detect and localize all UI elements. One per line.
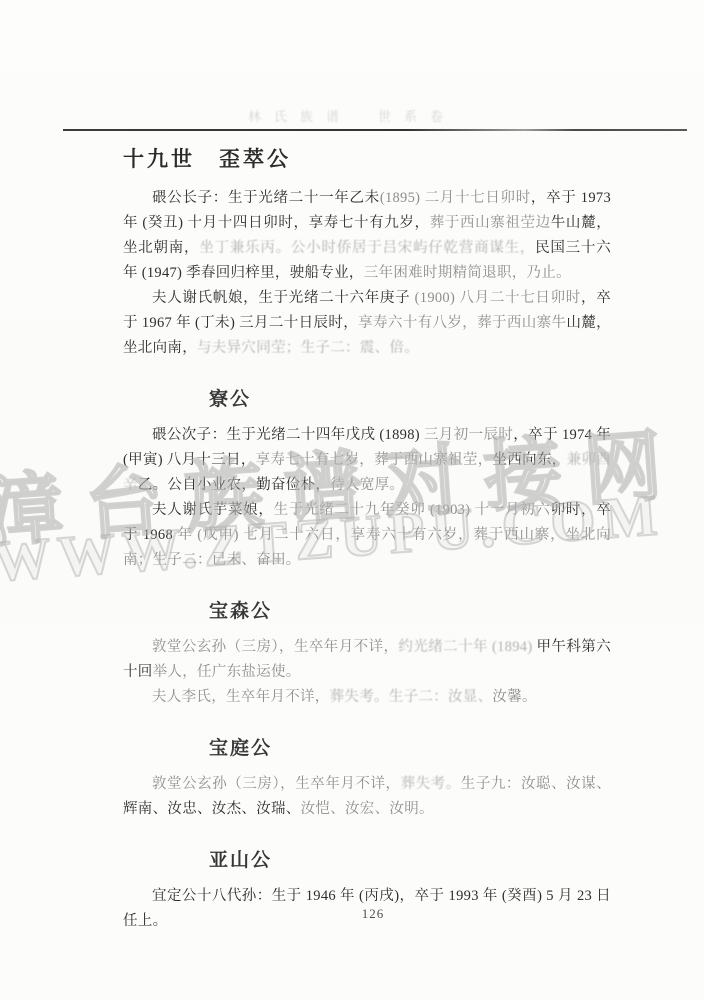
text-segment: 夫人谢氏帆娘，生于光绪二十六年庚子 xyxy=(152,290,410,306)
text-segment: 坐丁兼乐丙。公小时侨居于吕宋屿仔乾营商谋生， xyxy=(199,240,535,256)
paragraph-liao-2: 夫人谢氏芋菜娘，生于光绪二十九年癸卯 (1903) 十一月初六卯时，卒于 196… xyxy=(123,498,611,573)
paragraph-intro-1: 碨公长子：生于光绪二十一年乙未(1895) 二月十七日卯时，卒于 1973 年 … xyxy=(123,186,611,286)
section-heading-yashan: 亚山公 xyxy=(209,848,611,874)
text-segment: 坐西向东， xyxy=(493,452,567,468)
text-segment: 享寿七十有七岁，葬于西山寨祖茔， xyxy=(256,452,493,468)
paragraph-liao-1: 碨公次子：生于光绪二十四年戊戌 (1898) 三月初一辰时，卒于 1974 年 … xyxy=(123,423,611,498)
text-segment: 举人，任广东盐运使。 xyxy=(153,664,301,680)
text-segment: 三年困难时期精简退职，乃止。 xyxy=(364,265,571,281)
paragraph-baosen-1: 敦堂公玄孙（三房），生卒年月不详，约光绪二十年 (1894) 甲午科第六十回举人… xyxy=(123,635,611,685)
text-segment: (1900) 八月二十七日卯时 xyxy=(410,290,581,306)
section-heading-baosen: 宝森公 xyxy=(209,599,611,625)
text-segment: 碨公长子：生于光绪二十一年乙未 xyxy=(152,190,380,206)
text-segment: 汝恺、汝宏、汝明。 xyxy=(301,801,434,817)
text-segment: 碨公次子：生于光绪二十四年戊戌 (1898) xyxy=(152,427,424,443)
text-segment: 三月初一辰时 xyxy=(424,427,513,443)
text-segment: 奋田。 xyxy=(256,552,300,568)
text-segment: 敦堂公玄孙（三房），生卒年月不详， xyxy=(152,776,401,792)
text-segment: 与夫异穴同茔；生子二：震、倍。 xyxy=(197,340,419,356)
text-segment: 葬失考。生子二：汝显、 xyxy=(330,689,493,705)
text-segment: 夫人谢氏芋菜娘， xyxy=(152,502,274,518)
text-segment: 年 (戊申) 七月二十六日，享寿六十有六岁，葬于西山寨，坐北向南；生子二：已未、 xyxy=(123,527,611,568)
text-segment: 夫人李氏，生卒年月不详， xyxy=(152,689,330,705)
section-heading-liao: 寮公 xyxy=(209,387,611,413)
page-content: 十九世 歪萃公 碨公长子：生于光绪二十一年乙未(1895) 二月十七日卯时，卒于… xyxy=(123,140,611,934)
header-rule xyxy=(63,129,687,131)
text-segment: 约光绪二十年 (1894) xyxy=(398,639,536,655)
text-segment: 生子九：汝聪、汝谋、 xyxy=(461,776,611,792)
page-number: 126 xyxy=(0,906,704,922)
text-segment: 敦堂公玄孙（三房），生卒年月不详， xyxy=(152,639,398,655)
text-segment: 辉南、汝忠、汝杰、汝瑞、 xyxy=(123,801,301,817)
running-head: 林氏族谱 世系卷 xyxy=(0,106,704,125)
text-segment: 乙。公自小业农，勤奋俭朴， xyxy=(138,477,330,493)
scanned-genealogy-page: 林氏族谱 世系卷 十九世 歪萃公 碨公长子：生于光绪二十一年乙未(1895) 二… xyxy=(0,0,704,1000)
paragraph-baoting-1: 敦堂公玄孙（三房），生卒年月不详，葬失考。生子九：汝聪、汝谋、辉南、汝忠、汝杰、… xyxy=(123,772,611,822)
generation-title: 十九世 歪萃公 xyxy=(123,144,611,174)
paragraph-baosen-2: 夫人李氏，生卒年月不详，葬失考。生子二：汝显、汝馨。 xyxy=(123,685,611,710)
text-segment: 待人宽厚。 xyxy=(330,477,404,493)
paragraph-intro-2: 夫人谢氏帆娘，生于光绪二十六年庚子 (1900) 八月二十七日卯时，卒于 196… xyxy=(123,286,611,361)
text-segment: 葬于西山寨祖茔边 xyxy=(430,215,551,231)
text-segment: 享寿六十有八岁，葬于西山寨牛 xyxy=(358,315,566,331)
text-segment: 汝馨。 xyxy=(492,689,536,705)
section-heading-baoting: 宝庭公 xyxy=(209,736,611,762)
text-segment: (1895) 二月十七日卯时 xyxy=(380,190,531,206)
text-segment: 葬失考。 xyxy=(401,776,461,792)
text-segment: 生于光绪二十九年癸卯 (1903) 十一月初六 xyxy=(274,502,551,518)
